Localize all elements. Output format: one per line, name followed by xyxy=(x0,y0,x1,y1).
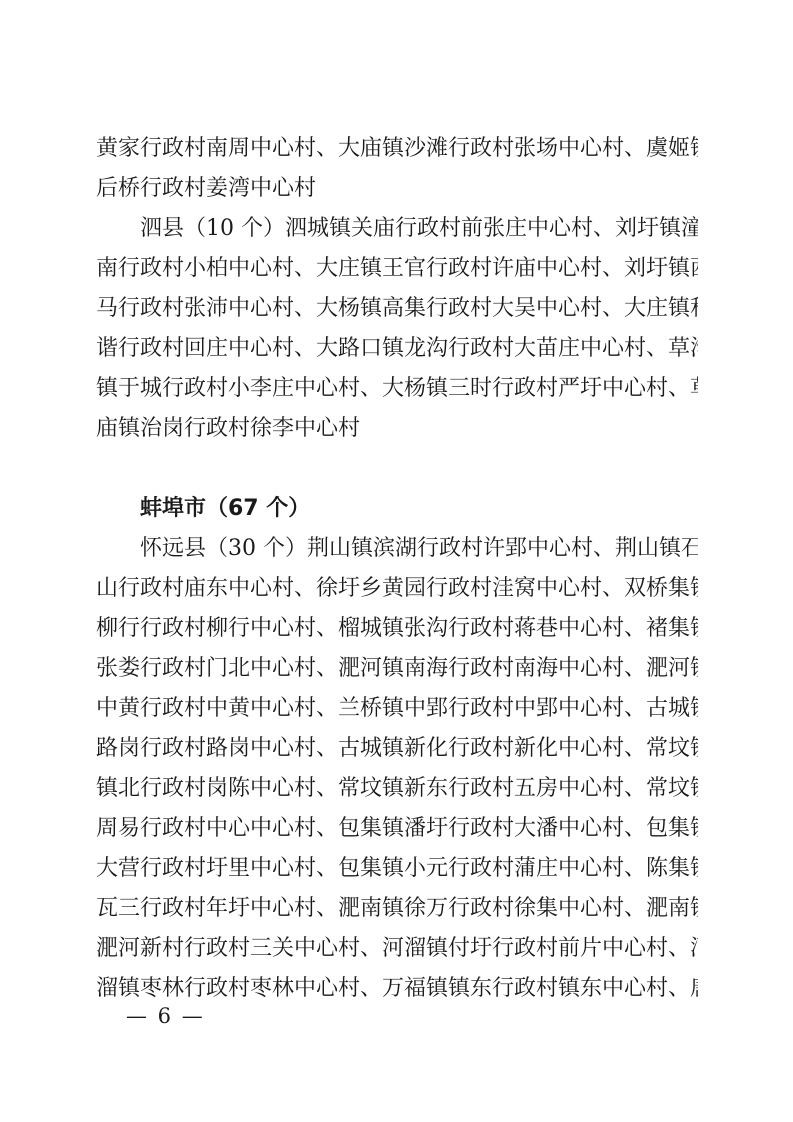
text-line: 山行政村庙东中心村、徐圩乡黄园行政村洼窝中心村、双桥集镇 xyxy=(96,569,698,609)
text-line: 后桥行政村姜湾中心村 xyxy=(96,169,698,209)
page-number: — 6 — xyxy=(126,1000,205,1032)
text-line: 谐行政村回庄中心村、大路口镇龙沟行政村大苗庄中心村、草沟 xyxy=(96,329,698,369)
document-page: 黄家行政村南周中心村、大庙镇沙滩行政村张场中心村、虞姬镇 后桥行政村姜湾中心村 … xyxy=(0,0,793,1122)
text-line: 路岗行政村路岗中心村、古城镇新化行政村新化中心村、常坟镇 xyxy=(96,729,698,769)
text-line: 中黄行政村中黄中心村、兰桥镇中郢行政村中郢中心村、古城镇 xyxy=(96,689,698,729)
text-line: 泗县（10 个）泗城镇关庙行政村前张庄中心村、刘圩镇潼 xyxy=(96,209,698,249)
document-body: 黄家行政村南周中心村、大庙镇沙滩行政村张场中心村、虞姬镇 后桥行政村姜湾中心村 … xyxy=(96,129,698,1009)
text-line: 瓦三行政村年圩中心村、淝南镇徐万行政村徐集中心村、淝南镇 xyxy=(96,889,698,929)
text-line: 淝河新村行政村三关中心村、河溜镇付圩行政村前片中心村、河 xyxy=(96,929,698,969)
text-line: 镇北行政村岗陈中心村、常坟镇新东行政村五房中心村、常坟镇 xyxy=(96,769,698,809)
text-line: 黄家行政村南周中心村、大庙镇沙滩行政村张场中心村、虞姬镇 xyxy=(96,129,698,169)
text-line: 大营行政村圩里中心村、包集镇小元行政村蒲庄中心村、陈集镇 xyxy=(96,849,698,889)
paragraph-sixian: 泗县（10 个）泗城镇关庙行政村前张庄中心村、刘圩镇潼 南行政村小柏中心村、大庄… xyxy=(96,209,698,449)
text-line: 马行政村张沛中心村、大杨镇高集行政村大吴中心村、大庄镇和 xyxy=(96,289,698,329)
text-line: 庙镇治岗行政村徐李中心村 xyxy=(96,409,698,449)
text-line: 柳行行政村柳行中心村、榴城镇张沟行政村蒋巷中心村、褚集镇 xyxy=(96,609,698,649)
text-line: 镇于城行政村小李庄中心村、大杨镇三时行政村严圩中心村、草 xyxy=(96,369,698,409)
paragraph-huaiyuan: 怀远县（30 个）荆山镇滨湖行政村许郢中心村、荆山镇石 山行政村庙东中心村、徐圩… xyxy=(96,529,698,1009)
section-heading-bengbu: 蚌埠市（67 个） xyxy=(96,489,698,529)
text-line: 张娄行政村门北中心村、淝河镇南海行政村南海中心村、淝河镇 xyxy=(96,649,698,689)
text-line: 南行政村小柏中心村、大庄镇王官行政村许庙中心村、刘圩镇西 xyxy=(96,249,698,289)
text-line: 周易行政村中心中心村、包集镇潘圩行政村大潘中心村、包集镇 xyxy=(96,809,698,849)
text-line: 怀远县（30 个）荆山镇滨湖行政村许郢中心村、荆山镇石 xyxy=(96,529,698,569)
paragraph-continuation: 黄家行政村南周中心村、大庙镇沙滩行政村张场中心村、虞姬镇 后桥行政村姜湾中心村 xyxy=(96,129,698,209)
